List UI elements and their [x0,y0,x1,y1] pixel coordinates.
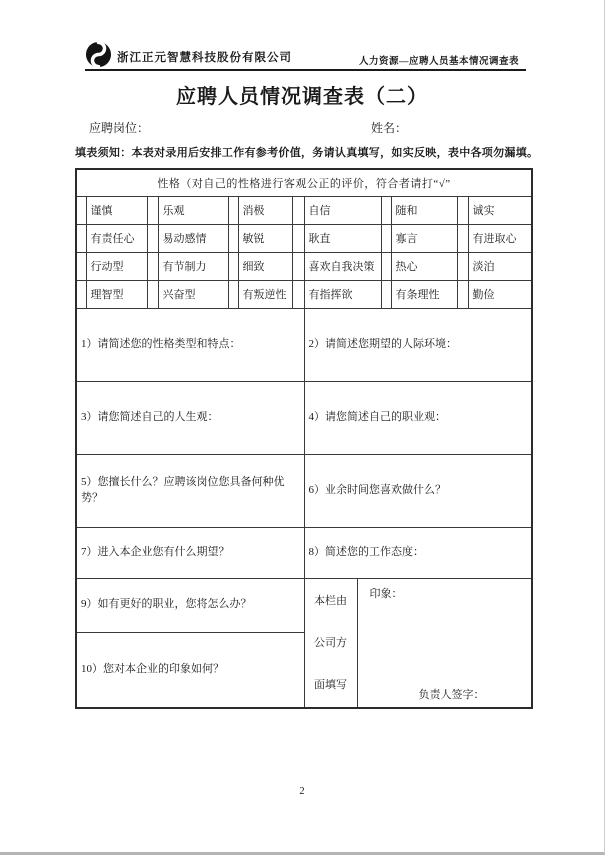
checkbox-cell [228,252,238,280]
question-cell-7: 7）进入本企业您有什么期望？ [76,527,304,578]
checkbox-cell [147,196,158,224]
company-name: 浙江正元智慧科技股份有限公司 [117,49,292,65]
trait-label: 勤俭 [468,280,532,308]
checkbox-cell [457,196,468,224]
trait-label: 理智型 [86,280,147,308]
checkbox-cell [381,196,391,224]
impression-cell: 印象： 负责人签字： [357,578,532,708]
trait-label: 有节制力 [158,252,228,280]
checkbox-cell [381,280,391,308]
checkbox-cell [381,224,391,252]
trait-label: 行动型 [86,252,147,280]
company-fill-note: 本栏由 公司方 面填写 [304,578,357,708]
trait-label: 兴奋型 [158,280,228,308]
trait-label: 乐观 [158,196,228,224]
checkbox-cell [76,280,86,308]
question-cell-4: 4）请您简述自己的职业观： [304,381,532,454]
checkbox-cell [457,224,468,252]
question-cell-10: 10）您对本企业的印象如何？ [76,632,304,708]
trait-label: 有指挥欲 [304,280,381,308]
document-category-label: 人力资源—应聘人员基本情况调查表 [359,53,519,67]
header-divider [85,69,526,71]
checkbox-cell [292,224,304,252]
trait-label: 有条理性 [391,280,457,308]
trait-label: 易动感情 [158,224,228,252]
trait-label: 寡言 [391,224,457,252]
trait-label: 诚实 [468,196,532,224]
checkbox-cell [292,196,304,224]
company-fill-note-line: 本栏由 [309,580,353,622]
checkbox-cell [228,224,238,252]
document-page: 浙江正元智慧科技股份有限公司 人力资源—应聘人员基本情况调查表 应聘人员情况调查… [0,0,605,855]
company-fill-note-line: 面填写 [309,664,353,706]
question-cell-5: 5）您擅长什么？应聘该岗位您具备何种优势？ [76,454,304,527]
company-fill-note-line: 公司方 [309,622,353,664]
trait-label: 谨慎 [86,196,147,224]
survey-table: 性格（对自己的性格进行客观公正的评价，符合者请打“√” 谨慎 乐观 消极 自信 … [75,168,533,709]
checkbox-cell [457,280,468,308]
trait-label: 耿直 [304,224,381,252]
trait-label: 随和 [391,196,457,224]
impression-label: 印象： [370,585,403,601]
checkbox-cell [292,252,304,280]
page-number: 2 [0,786,604,797]
checkbox-cell [292,280,304,308]
checkbox-cell [76,196,86,224]
trait-label: 有进取心 [468,224,532,252]
question-cell-6: 6）业余时间您喜欢做什么？ [304,454,532,527]
checkbox-cell [76,252,86,280]
page-title: 应聘人员情况调查表（二） [0,80,604,109]
trait-label: 有叛逆性 [238,280,292,308]
name-field-label: 姓名： [371,119,407,136]
trait-label: 淡泊 [468,252,532,280]
question-cell-3: 3）请您简述自己的人生观： [76,381,304,454]
trait-label: 敏锐 [238,224,292,252]
checkbox-cell [76,224,86,252]
trait-label: 热心 [391,252,457,280]
question-cell-9: 9）如有更好的职业，您将怎么办？ [76,578,304,632]
question-cell-2: 2）请简述您期望的人际环境： [304,308,532,381]
checkbox-cell [457,252,468,280]
checkbox-cell [228,196,238,224]
personality-section-header: 性格（对自己的性格进行客观公正的评价，符合者请打“√” [76,169,532,196]
trait-label: 喜欢自我决策 [304,252,381,280]
trait-label: 有责任心 [86,224,147,252]
trait-label: 细致 [238,252,292,280]
fill-instructions: 填表须知：本表对录用后安排工作有参考价值，务请认真填写，如实反映，表中各项勿漏填… [75,144,538,160]
company-logo-icon [85,41,112,68]
checkbox-cell [228,280,238,308]
position-field-label: 应聘岗位： [89,119,149,136]
trait-label: 自信 [304,196,381,224]
checkbox-cell [147,252,158,280]
trait-label: 消极 [238,196,292,224]
question-cell-8: 8）简述您的工作态度： [304,527,532,578]
checkbox-cell [147,224,158,252]
checkbox-cell [147,280,158,308]
checkbox-cell [381,252,391,280]
signature-label: 负责人签字： [419,686,485,702]
question-cell-1: 1）请简述您的性格类型和特点： [76,308,304,381]
